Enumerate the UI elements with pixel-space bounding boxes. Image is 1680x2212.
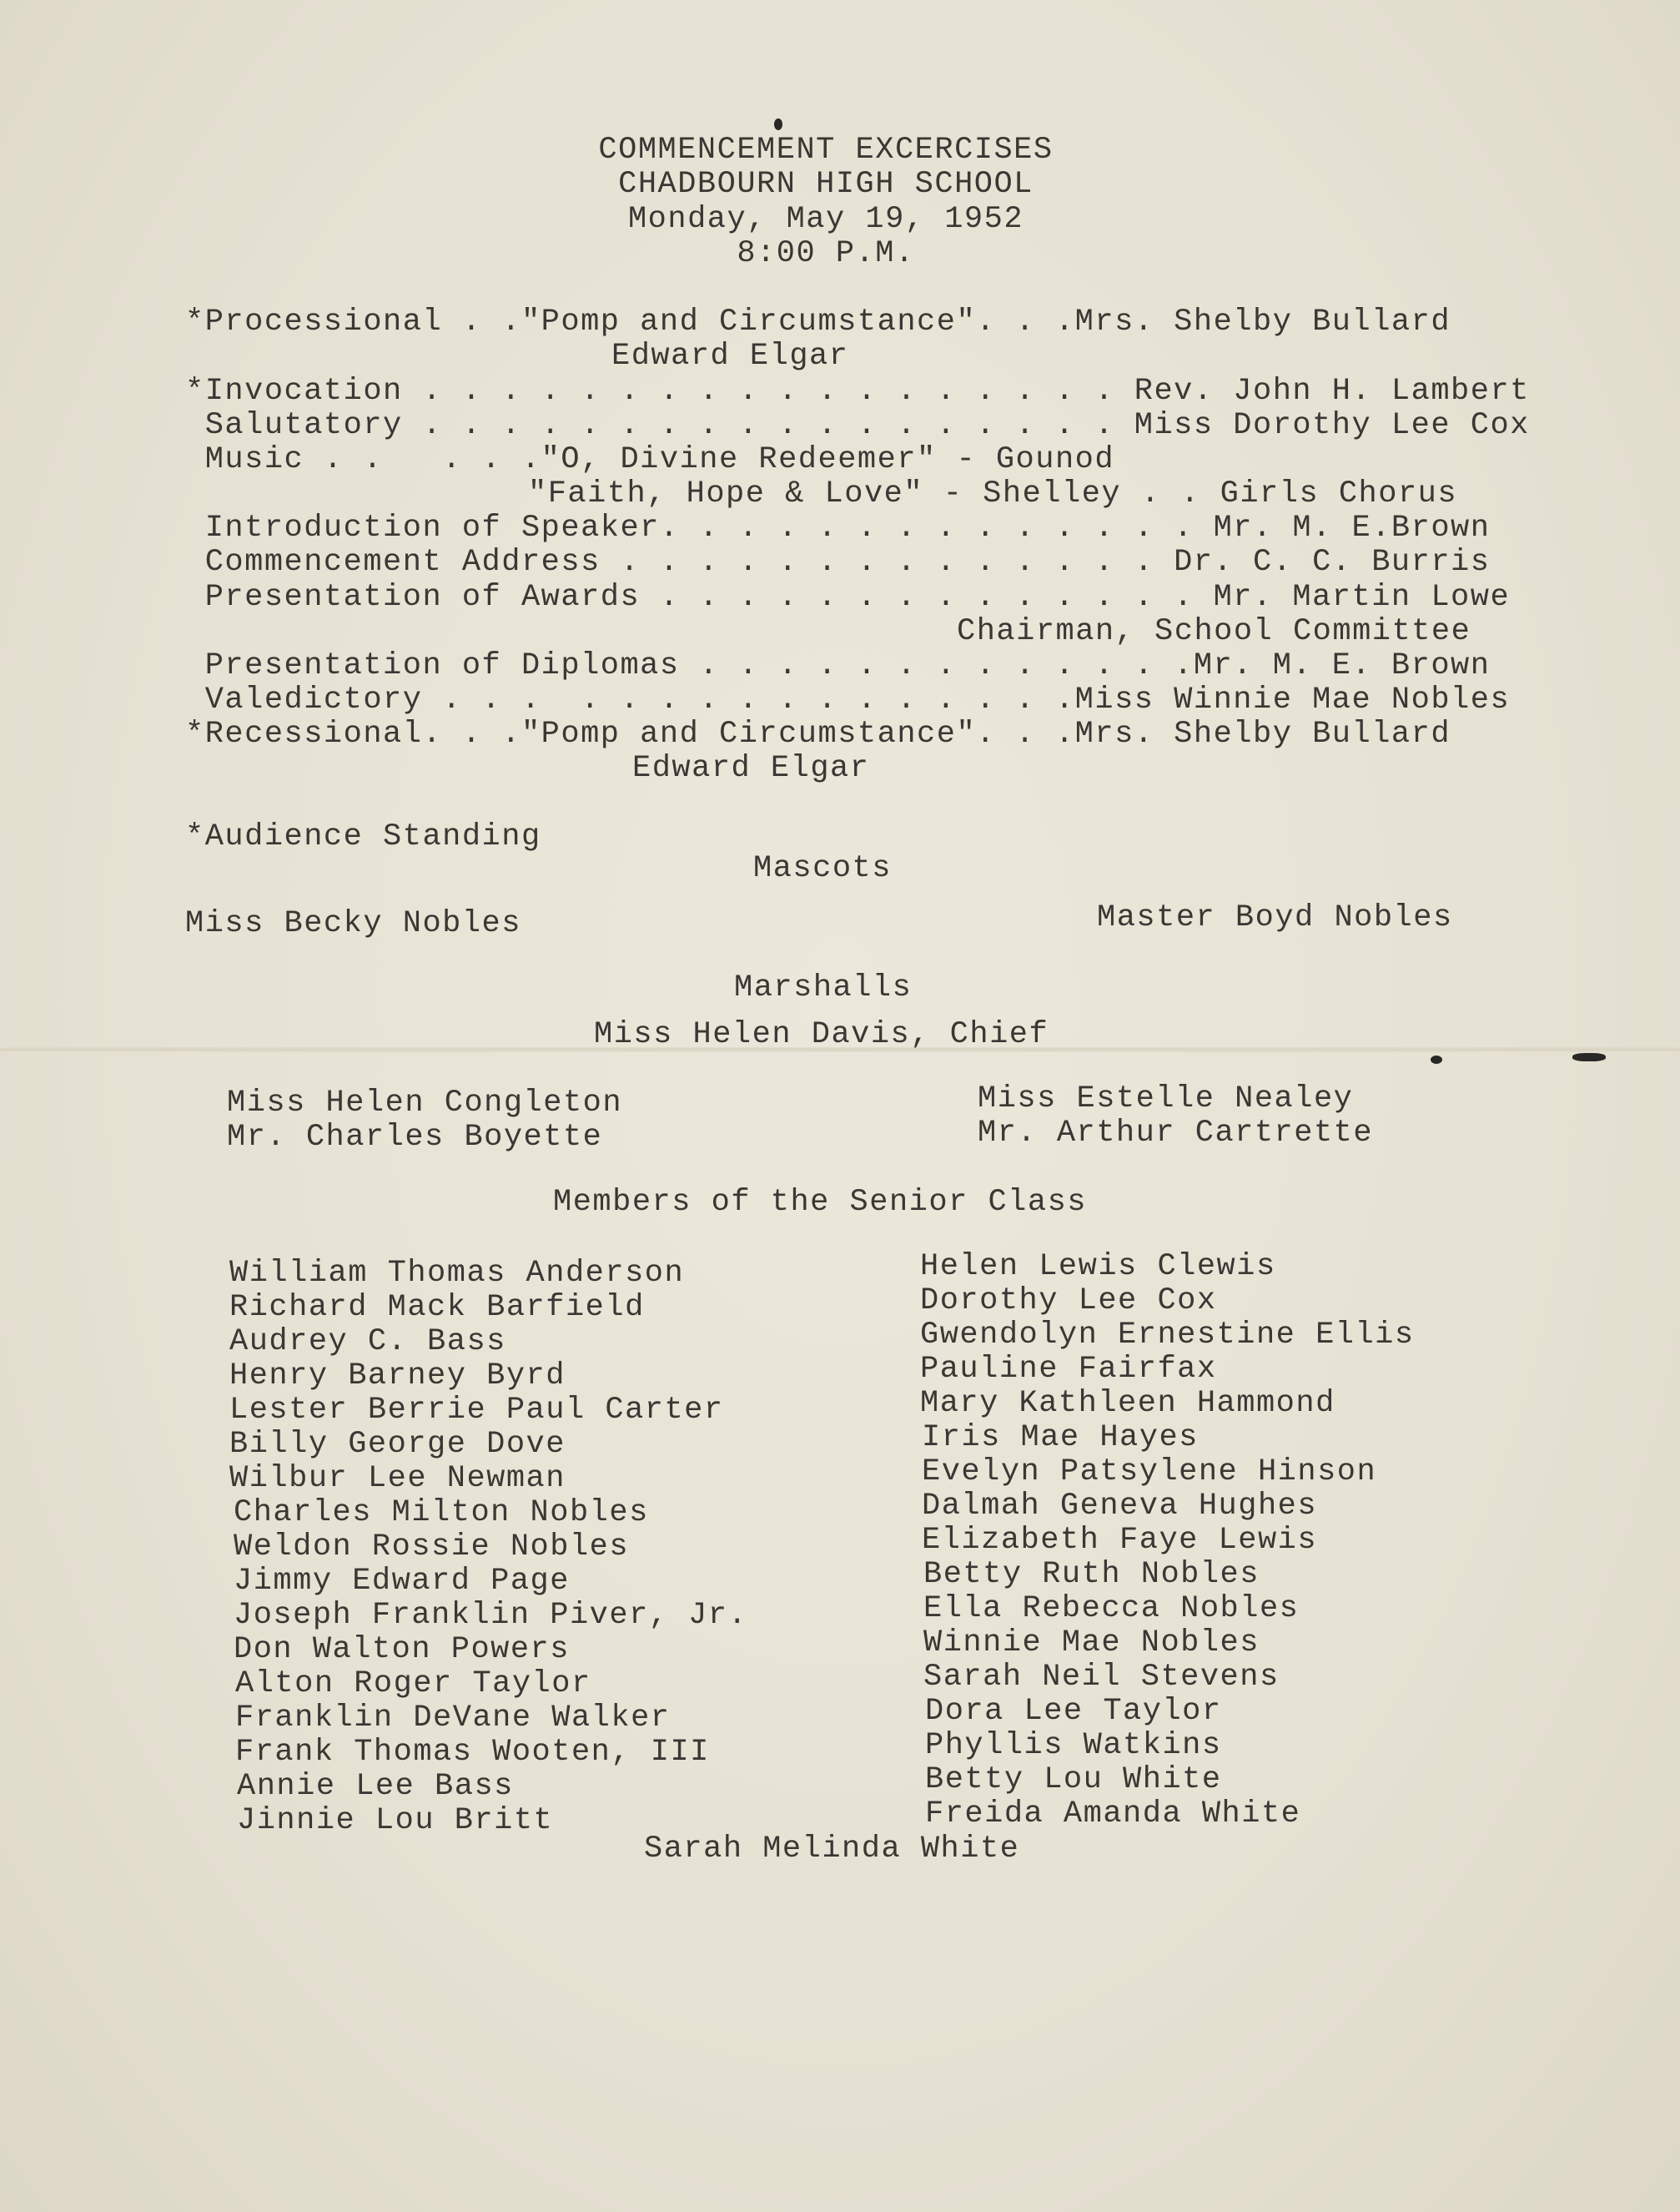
program-diplomas: Presentation of Diplomas . . . . . . . .…	[185, 649, 1490, 683]
list-item: Charles Milton Nobles	[234, 1496, 649, 1529]
marshall-right-1: Miss Estelle Nealey	[978, 1082, 1353, 1116]
document-title: COMMENCEMENT EXCERCISES	[0, 134, 1652, 167]
list-item: Phyllis Watkins	[925, 1729, 1222, 1762]
program-awards-title: Chairman, School Committee	[957, 615, 1471, 648]
list-item: Sarah Neil Stevens	[923, 1660, 1280, 1694]
list-item: William Thomas Anderson	[229, 1257, 684, 1290]
program-invocation: *Invocation . . . . . . . . . . . . . . …	[185, 375, 1530, 408]
program-introduction: Introduction of Speaker. . . . . . . . .…	[185, 511, 1490, 545]
ink-stain	[1572, 1053, 1606, 1061]
list-item: Billy George Dove	[229, 1428, 566, 1461]
list-item: Alton Roger Taylor	[235, 1667, 591, 1701]
list-item: Annie Lee Bass	[237, 1770, 514, 1803]
event-date: Monday, May 19, 1952	[0, 203, 1652, 236]
list-item: Winnie Mae Nobles	[923, 1626, 1260, 1660]
list-item: Frank Thomas Wooten, III	[235, 1736, 710, 1769]
list-item: Dalmah Geneva Hughes	[922, 1489, 1317, 1523]
program-salutatory: Salutatory . . . . . . . . . . . . . . .…	[185, 409, 1530, 442]
list-item: Weldon Rossie Nobles	[234, 1530, 629, 1564]
list-item: Ella Rebecca Nobles	[923, 1592, 1299, 1625]
list-item: Dora Lee Taylor	[925, 1695, 1222, 1728]
list-item: Gwendolyn Ernestine Ellis	[920, 1318, 1415, 1352]
list-item: Wilbur Lee Newman	[229, 1462, 566, 1495]
program-music-second: "Faith, Hope & Love" - Shelley . . Girls…	[528, 477, 1457, 511]
list-item: Elizabeth Faye Lewis	[922, 1524, 1317, 1557]
list-item: Evelyn Patsylene Hinson	[922, 1455, 1376, 1489]
ink-stain	[1431, 1056, 1442, 1064]
senior-final-name: Sarah Melinda White	[644, 1832, 1019, 1866]
list-item: Jinnie Lou Britt	[237, 1804, 553, 1837]
audience-standing-note: *Audience Standing	[185, 820, 541, 854]
list-item: Mary Kathleen Hammond	[920, 1387, 1335, 1420]
list-item: Helen Lewis Clewis	[920, 1250, 1276, 1283]
marshall-right-2: Mr. Arthur Cartrette	[978, 1116, 1373, 1150]
mascots-heading: Mascots	[753, 852, 892, 885]
marshall-chief: Miss Helen Davis, Chief	[594, 1018, 1049, 1051]
list-item: Betty Ruth Nobles	[923, 1558, 1260, 1591]
program-awards: Presentation of Awards . . . . . . . . .…	[185, 581, 1510, 614]
list-item: Richard Mack Barfield	[229, 1291, 645, 1324]
list-item: Don Walton Powers	[234, 1633, 570, 1666]
list-item: Audrey C. Bass	[229, 1325, 506, 1358]
marshall-left-1: Miss Helen Congleton	[227, 1086, 622, 1120]
program-processional-composer: Edward Elgar	[611, 340, 848, 373]
list-item: Lester Berrie Paul Carter	[229, 1393, 724, 1427]
list-item: Pauline Fairfax	[920, 1353, 1217, 1386]
program-recessional-composer: Edward Elgar	[632, 752, 869, 785]
school-name: CHADBOURN HIGH SCHOOL	[0, 168, 1652, 201]
mascot-right: Master Boyd Nobles	[1097, 901, 1453, 935]
ink-mark	[774, 118, 782, 130]
senior-class-heading: Members of the Senior Class	[553, 1186, 1087, 1219]
list-item: Dorothy Lee Cox	[920, 1284, 1217, 1318]
event-time: 8:00 P.M.	[0, 237, 1652, 270]
mascot-left: Miss Becky Nobles	[185, 907, 521, 940]
list-item: Joseph Franklin Piver, Jr.	[234, 1599, 747, 1632]
list-item: Betty Lou White	[925, 1763, 1222, 1796]
list-item: Freida Amanda White	[925, 1797, 1300, 1831]
list-item: Franklin DeVane Walker	[235, 1701, 670, 1735]
program-valedictory: Valedictory . . . . . . . . . . . . . . …	[185, 683, 1510, 717]
marshall-left-2: Mr. Charles Boyette	[227, 1121, 602, 1154]
program-recessional: *Recessional. . ."Pomp and Circumstance"…	[185, 718, 1451, 751]
marshalls-heading: Marshalls	[734, 971, 912, 1005]
program-address: Commencement Address . . . . . . . . . .…	[185, 546, 1490, 579]
list-item: Iris Mae Hayes	[922, 1421, 1199, 1454]
program-music: Music . . . . ."O, Divine Redeemer" - Go…	[185, 443, 1114, 476]
list-item: Jimmy Edward Page	[234, 1565, 570, 1598]
list-item: Henry Barney Byrd	[229, 1359, 566, 1393]
program-processional: *Processional . ."Pomp and Circumstance"…	[185, 305, 1451, 339]
